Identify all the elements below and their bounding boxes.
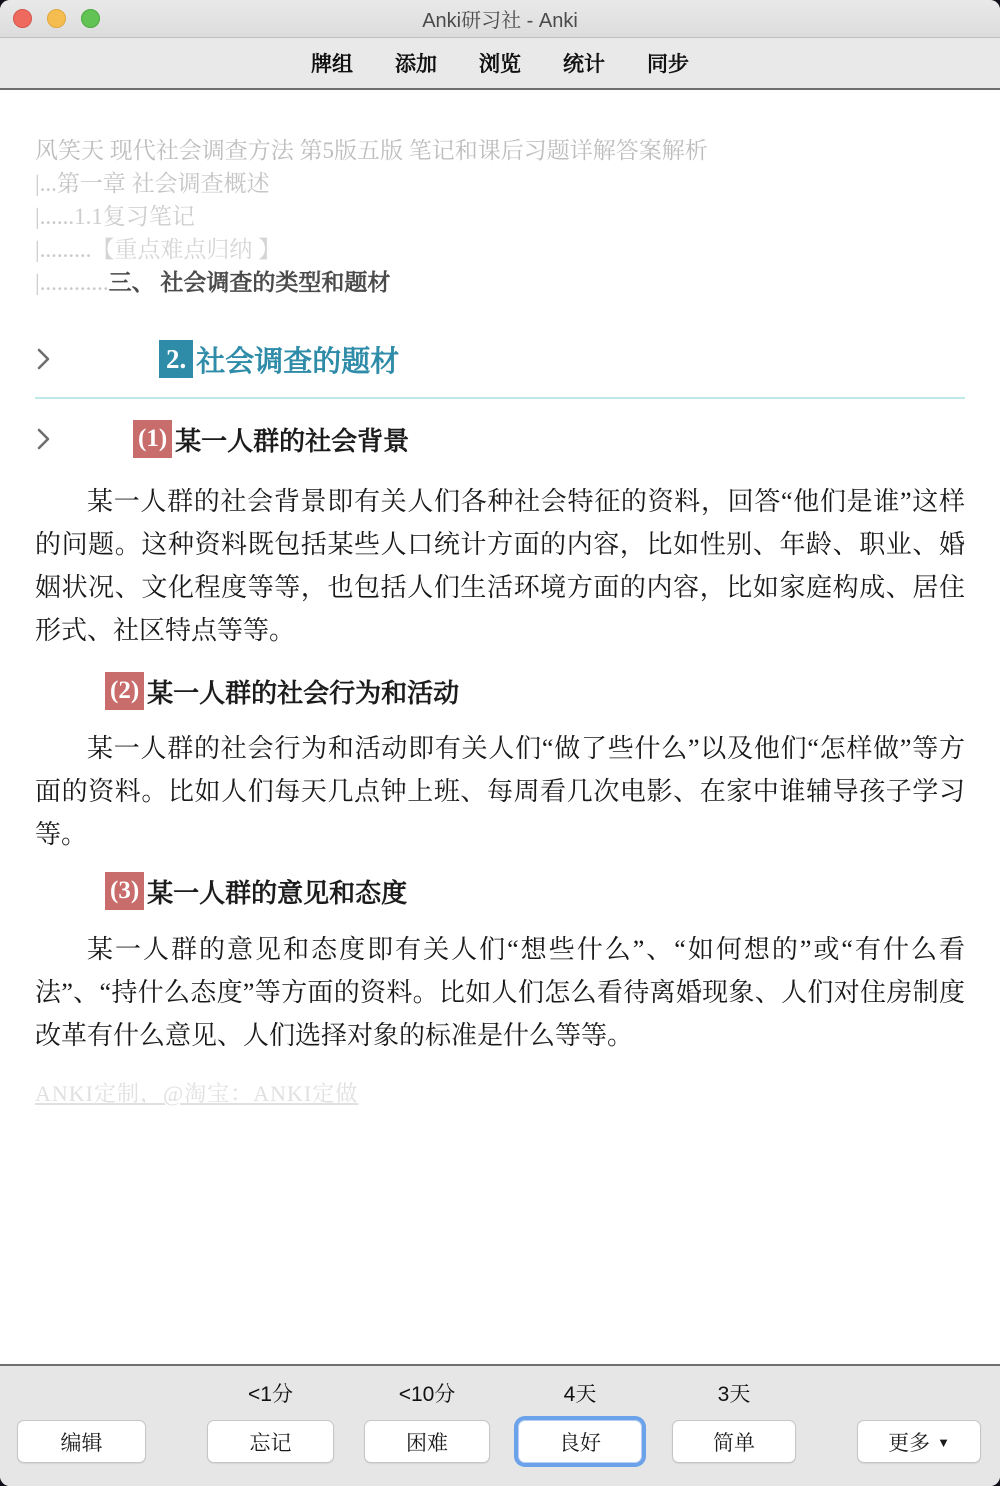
interval-hard: <10分 — [364, 1378, 490, 1408]
item-paragraph: 某一人群的意见和态度即有关人们“想些什么”、“如何想的”或“有什么看法”、“持什… — [35, 928, 965, 1057]
interval-again: <1分 — [207, 1378, 334, 1408]
breadcrumb-prefix: |... — [35, 171, 57, 196]
watermark-text: ANKI定制，@淘宝：ANKI定做 — [35, 1077, 965, 1108]
card-content: 风笑天 现代社会调查方法 第5版五版 笔记和课后习题详解答案解析 |...第一章… — [0, 90, 1000, 1364]
item-heading-3: (3) 某一人群的意见和态度 — [35, 872, 965, 910]
menu-browse[interactable]: 浏览 — [479, 48, 521, 78]
breadcrumb-text: 第一章 社会调查概述 — [57, 171, 270, 196]
breadcrumb-subsection: |.........【重点难点归纳 】 — [35, 233, 965, 266]
breadcrumb-topic: |............三、 社会调查的类型和题材 — [35, 266, 965, 299]
item-title: 某一人群的社会背景 — [175, 421, 409, 458]
edit-button[interactable]: 编辑 — [17, 1420, 146, 1463]
item-number-badge: (3) — [105, 872, 144, 910]
item-number-badge: (1) — [133, 420, 172, 458]
interval-good: 4天 — [512, 1378, 648, 1408]
item-heading-2: (2) 某一人群的社会行为和活动 — [35, 672, 965, 710]
item-paragraph: 某一人群的社会背景即有关人们各种社会特征的资料，回答“他们是谁”这样的问题。这种… — [35, 480, 965, 652]
more-button-label: 更多 — [888, 1427, 930, 1457]
chevron-right-icon[interactable] — [35, 428, 51, 450]
section-number-badge: 2. — [159, 340, 193, 378]
easy-button[interactable]: 简单 — [672, 1420, 796, 1463]
breadcrumb-book-title: 风笑天 现代社会调查方法 第5版五版 笔记和课后习题详解答案解析 — [35, 134, 965, 167]
item-heading-1: (1) 某一人群的社会背景 — [35, 420, 965, 458]
menu-decks[interactable]: 牌组 — [311, 48, 353, 78]
breadcrumb-text: 风笑天 现代社会调查方法 第5版五版 笔记和课后习题详解答案解析 — [35, 138, 708, 163]
window-title: Anki研习社 - Anki — [0, 4, 1000, 33]
breadcrumb-text: 1.1复习笔记 — [74, 204, 195, 229]
hard-button[interactable]: 困难 — [364, 1420, 490, 1463]
item-number-badge: (2) — [105, 672, 144, 710]
breadcrumb-section: |......1.1复习笔记 — [35, 200, 965, 233]
title-bar: Anki研习社 - Anki — [0, 0, 1000, 38]
more-button[interactable]: 更多 ▼ — [857, 1420, 981, 1463]
breadcrumb-prefix: |............ — [35, 270, 109, 295]
chevron-right-icon[interactable] — [35, 348, 51, 370]
menu-stats[interactable]: 统计 — [563, 48, 605, 78]
menu-sync[interactable]: 同步 — [647, 48, 689, 78]
section-title: 社会调查的题材 — [196, 339, 399, 380]
anki-window: Anki研习社 - Anki 牌组 添加 浏览 统计 同步 风笑天 现代社会调查… — [0, 0, 1000, 1486]
again-button[interactable]: 忘记 — [207, 1420, 334, 1463]
dropdown-arrow-icon: ▼ — [937, 1435, 950, 1450]
section-heading-row: 2. 社会调查的题材 — [35, 340, 965, 378]
good-button[interactable]: 良好 — [518, 1420, 642, 1463]
item-paragraph: 某一人群的社会行为和活动即有关人们“做了些什么”以及他们“怎样做”等方面的资料。… — [35, 727, 965, 856]
item-title: 某一人群的社会行为和活动 — [147, 673, 459, 710]
teal-divider — [35, 397, 965, 399]
breadcrumb-prefix: |......... — [35, 237, 91, 262]
breadcrumb-text: 【重点难点归纳 】 — [91, 237, 281, 262]
item-title: 某一人群的意见和态度 — [147, 873, 407, 910]
menu-add[interactable]: 添加 — [395, 48, 437, 78]
breadcrumb-text: 三、 社会调查的类型和题材 — [109, 270, 391, 295]
menu-bar: 牌组 添加 浏览 统计 同步 — [0, 38, 1000, 90]
breadcrumb-prefix: |...... — [35, 204, 74, 229]
breadcrumb-chapter: |...第一章 社会调查概述 — [35, 167, 965, 200]
answer-bar: <1分 <10分 4天 3天 编辑 忘记 困难 良好 简单 更多 ▼ — [0, 1364, 1000, 1486]
interval-easy: 3天 — [672, 1378, 796, 1408]
